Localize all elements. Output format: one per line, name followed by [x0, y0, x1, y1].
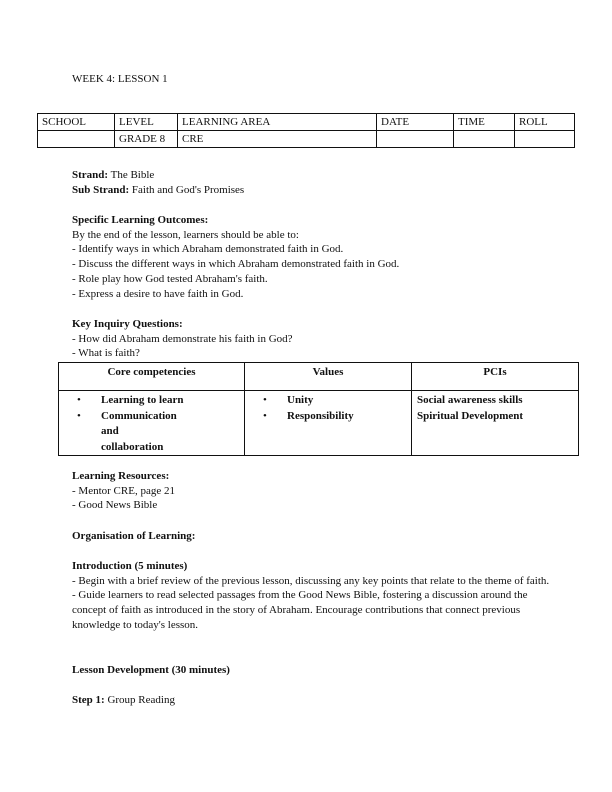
inquiry-item: - How did Abraham demonstrate his faith … — [72, 332, 552, 347]
header-level: LEVEL — [115, 114, 178, 131]
value-item: Unity — [245, 393, 411, 409]
inquiry-questions-section: Key Inquiry Questions: - How did Abraham… — [72, 317, 552, 361]
outcome-item: - Discuss the different ways in which Ab… — [72, 257, 552, 272]
strand-value: The Bible — [108, 169, 154, 181]
value-date — [377, 131, 454, 148]
lesson-development-section: Lesson Development (30 minutes) — [72, 663, 552, 678]
outcomes-intro: By the end of the lesson, learners shoul… — [72, 228, 552, 243]
step-1-line: Step 1: Group Reading — [72, 693, 552, 708]
value-time — [454, 131, 515, 148]
strand-section: Strand: The Bible Sub Strand: Faith and … — [72, 168, 552, 197]
header-values: Values — [245, 363, 412, 391]
introduction-paragraph: - Guide learners to read selected passag… — [72, 588, 552, 632]
pcis-cell: Social awareness skills Spiritual Develo… — [412, 391, 579, 456]
introduction-section: Introduction (5 minutes) - Begin with a … — [72, 559, 552, 633]
strand-label: Strand: — [72, 169, 108, 181]
resource-item: - Good News Bible — [72, 498, 552, 513]
value-roll — [515, 131, 575, 148]
header-core-competencies: Core competencies — [59, 363, 245, 391]
introduction-paragraph: - Begin with a brief review of the previ… — [72, 574, 552, 589]
organisation-heading: Organisation of Learning: — [72, 530, 195, 542]
header-date: DATE — [377, 114, 454, 131]
header-school: SCHOOL — [38, 114, 115, 131]
value-level: GRADE 8 — [115, 131, 178, 148]
learning-outcomes-section: Specific Learning Outcomes: By the end o… — [72, 213, 552, 301]
competency-item: Learning to learn — [59, 393, 244, 409]
competencies-table: Core competencies Values PCIs Learning t… — [58, 362, 579, 456]
resources-heading: Learning Resources: — [72, 470, 169, 482]
info-value-row: GRADE 8 CRE — [38, 131, 575, 148]
value-school — [38, 131, 115, 148]
pci-item: Social awareness skills — [417, 392, 578, 408]
header-pcis: PCIs — [412, 363, 579, 391]
organisation-section: Organisation of Learning: — [72, 529, 552, 544]
header-roll: ROLL — [515, 114, 575, 131]
value-item: Responsibility — [245, 409, 411, 425]
competencies-body-row: Learning to learn Communication and coll… — [59, 391, 579, 456]
competencies-header-row: Core competencies Values PCIs — [59, 363, 579, 391]
lesson-info-table: SCHOOL LEVEL LEARNING AREA DATE TIME ROL… — [37, 113, 575, 148]
outcome-item: - Identify ways in which Abraham demonst… — [72, 242, 552, 257]
competency-item: Communication and collaboration — [59, 409, 181, 456]
values-cell: Unity Responsibility — [245, 391, 412, 456]
header-learning-area: LEARNING AREA — [178, 114, 377, 131]
development-heading: Lesson Development (30 minutes) — [72, 664, 230, 676]
learning-resources-section: Learning Resources: - Mentor CRE, page 2… — [72, 469, 552, 513]
introduction-heading: Introduction (5 minutes) — [72, 560, 187, 572]
inquiry-heading: Key Inquiry Questions: — [72, 318, 183, 330]
step-1-value: Group Reading — [105, 694, 175, 706]
value-learning-area: CRE — [178, 131, 377, 148]
outcome-item: - Express a desire to have faith in God. — [72, 287, 552, 302]
inquiry-item: - What is faith? — [72, 346, 552, 361]
step-1-section: Step 1: Group Reading — [72, 693, 552, 708]
core-competencies-cell: Learning to learn Communication and coll… — [59, 391, 245, 456]
outcomes-heading: Specific Learning Outcomes: — [72, 214, 208, 226]
strand-line: Strand: The Bible — [72, 168, 552, 183]
info-header-row: SCHOOL LEVEL LEARNING AREA DATE TIME ROL… — [38, 114, 575, 131]
sub-strand-label: Sub Strand: — [72, 184, 129, 196]
pci-item: Spiritual Development — [417, 408, 578, 424]
resource-item: - Mentor CRE, page 21 — [72, 484, 552, 499]
outcome-item: - Role play how God tested Abraham's fai… — [72, 272, 552, 287]
sub-strand-line: Sub Strand: Faith and God's Promises — [72, 183, 552, 198]
lesson-title: WEEK 4: LESSON 1 — [72, 72, 168, 87]
step-1-label: Step 1: — [72, 694, 105, 706]
sub-strand-value: Faith and God's Promises — [129, 184, 244, 196]
header-time: TIME — [454, 114, 515, 131]
